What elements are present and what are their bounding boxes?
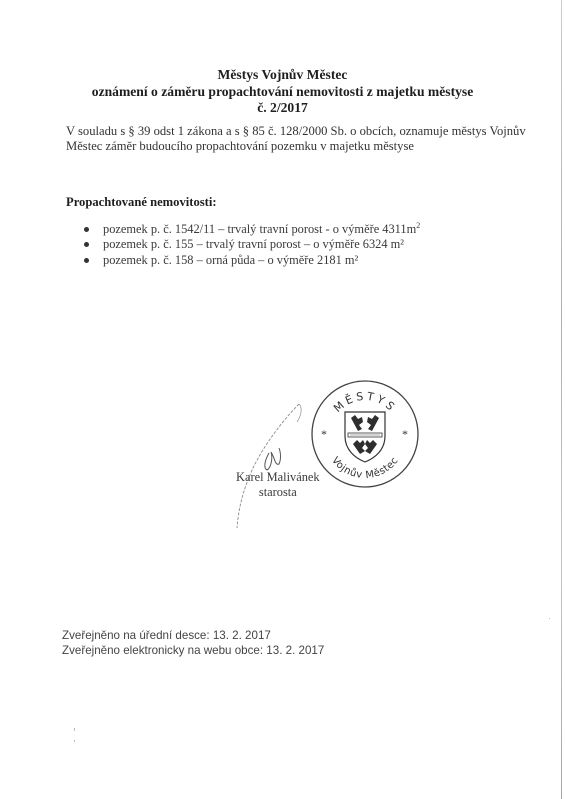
stamp-star-right: * <box>402 427 408 441</box>
document-number: č. 2/2017 <box>0 100 565 117</box>
intro-paragraph: V souladu s § 39 odst 1 zákona a s § 85 … <box>66 124 516 154</box>
document-title: oznámení o záměru propachtování nemovito… <box>0 84 565 101</box>
published-web: Zveřejněno elektronicky na webu obce: 13… <box>62 644 324 659</box>
properties-list: pozemek p. č. 1542/11 – trvalý travní po… <box>82 222 420 268</box>
properties-heading: Propachtované nemovitosti: <box>66 195 217 210</box>
scan-edge-line <box>561 0 562 799</box>
scan-speck <box>74 740 75 742</box>
signer-role: starosta <box>236 485 320 500</box>
property-text: pozemek p. č. 155 – trvalý travní porost… <box>103 237 404 251</box>
intro-line-1: V souladu s § 39 odst 1 zákona a s § 85 … <box>66 124 516 139</box>
signer-name: Karel Malivánek <box>236 470 320 485</box>
scan-speck <box>74 728 75 731</box>
municipal-stamp-icon: MĚSTYS Vojnův Městec * * <box>309 378 421 490</box>
intro-line-2: Městec záměr budoucího propachtování poz… <box>66 139 516 154</box>
property-text: pozemek p. č. 158 – orná půda – o výměře… <box>103 253 358 267</box>
list-item: pozemek p. č. 155 – trvalý travní porost… <box>82 237 420 252</box>
list-item: pozemek p. č. 158 – orná půda – o výměře… <box>82 253 420 268</box>
scan-speck <box>549 618 550 619</box>
document-header: Městys Vojnův Městec oznámení o záměru p… <box>0 67 565 117</box>
bullet-icon <box>84 258 89 263</box>
bullet-icon <box>84 227 89 232</box>
published-notice-board: Zveřejněno na úřední desce: 13. 2. 2017 <box>62 629 324 644</box>
publication-info: Zveřejněno na úřední desce: 13. 2. 2017 … <box>62 629 324 658</box>
handwritten-signature-icon <box>225 398 315 533</box>
signer-block: Karel Malivánek starosta <box>236 470 320 499</box>
svg-text:MĚSTYS: MĚSTYS <box>331 390 399 415</box>
stamp-top-text: MĚSTYS <box>331 390 399 415</box>
list-item: pozemek p. č. 1542/11 – trvalý travní po… <box>82 222 420 237</box>
superscript: 2 <box>416 221 420 230</box>
bullet-icon <box>84 242 89 247</box>
stamp-star-left: * <box>321 427 327 441</box>
municipality-name: Městys Vojnův Městec <box>0 67 565 84</box>
property-text: pozemek p. č. 1542/11 – trvalý travní po… <box>103 222 416 236</box>
